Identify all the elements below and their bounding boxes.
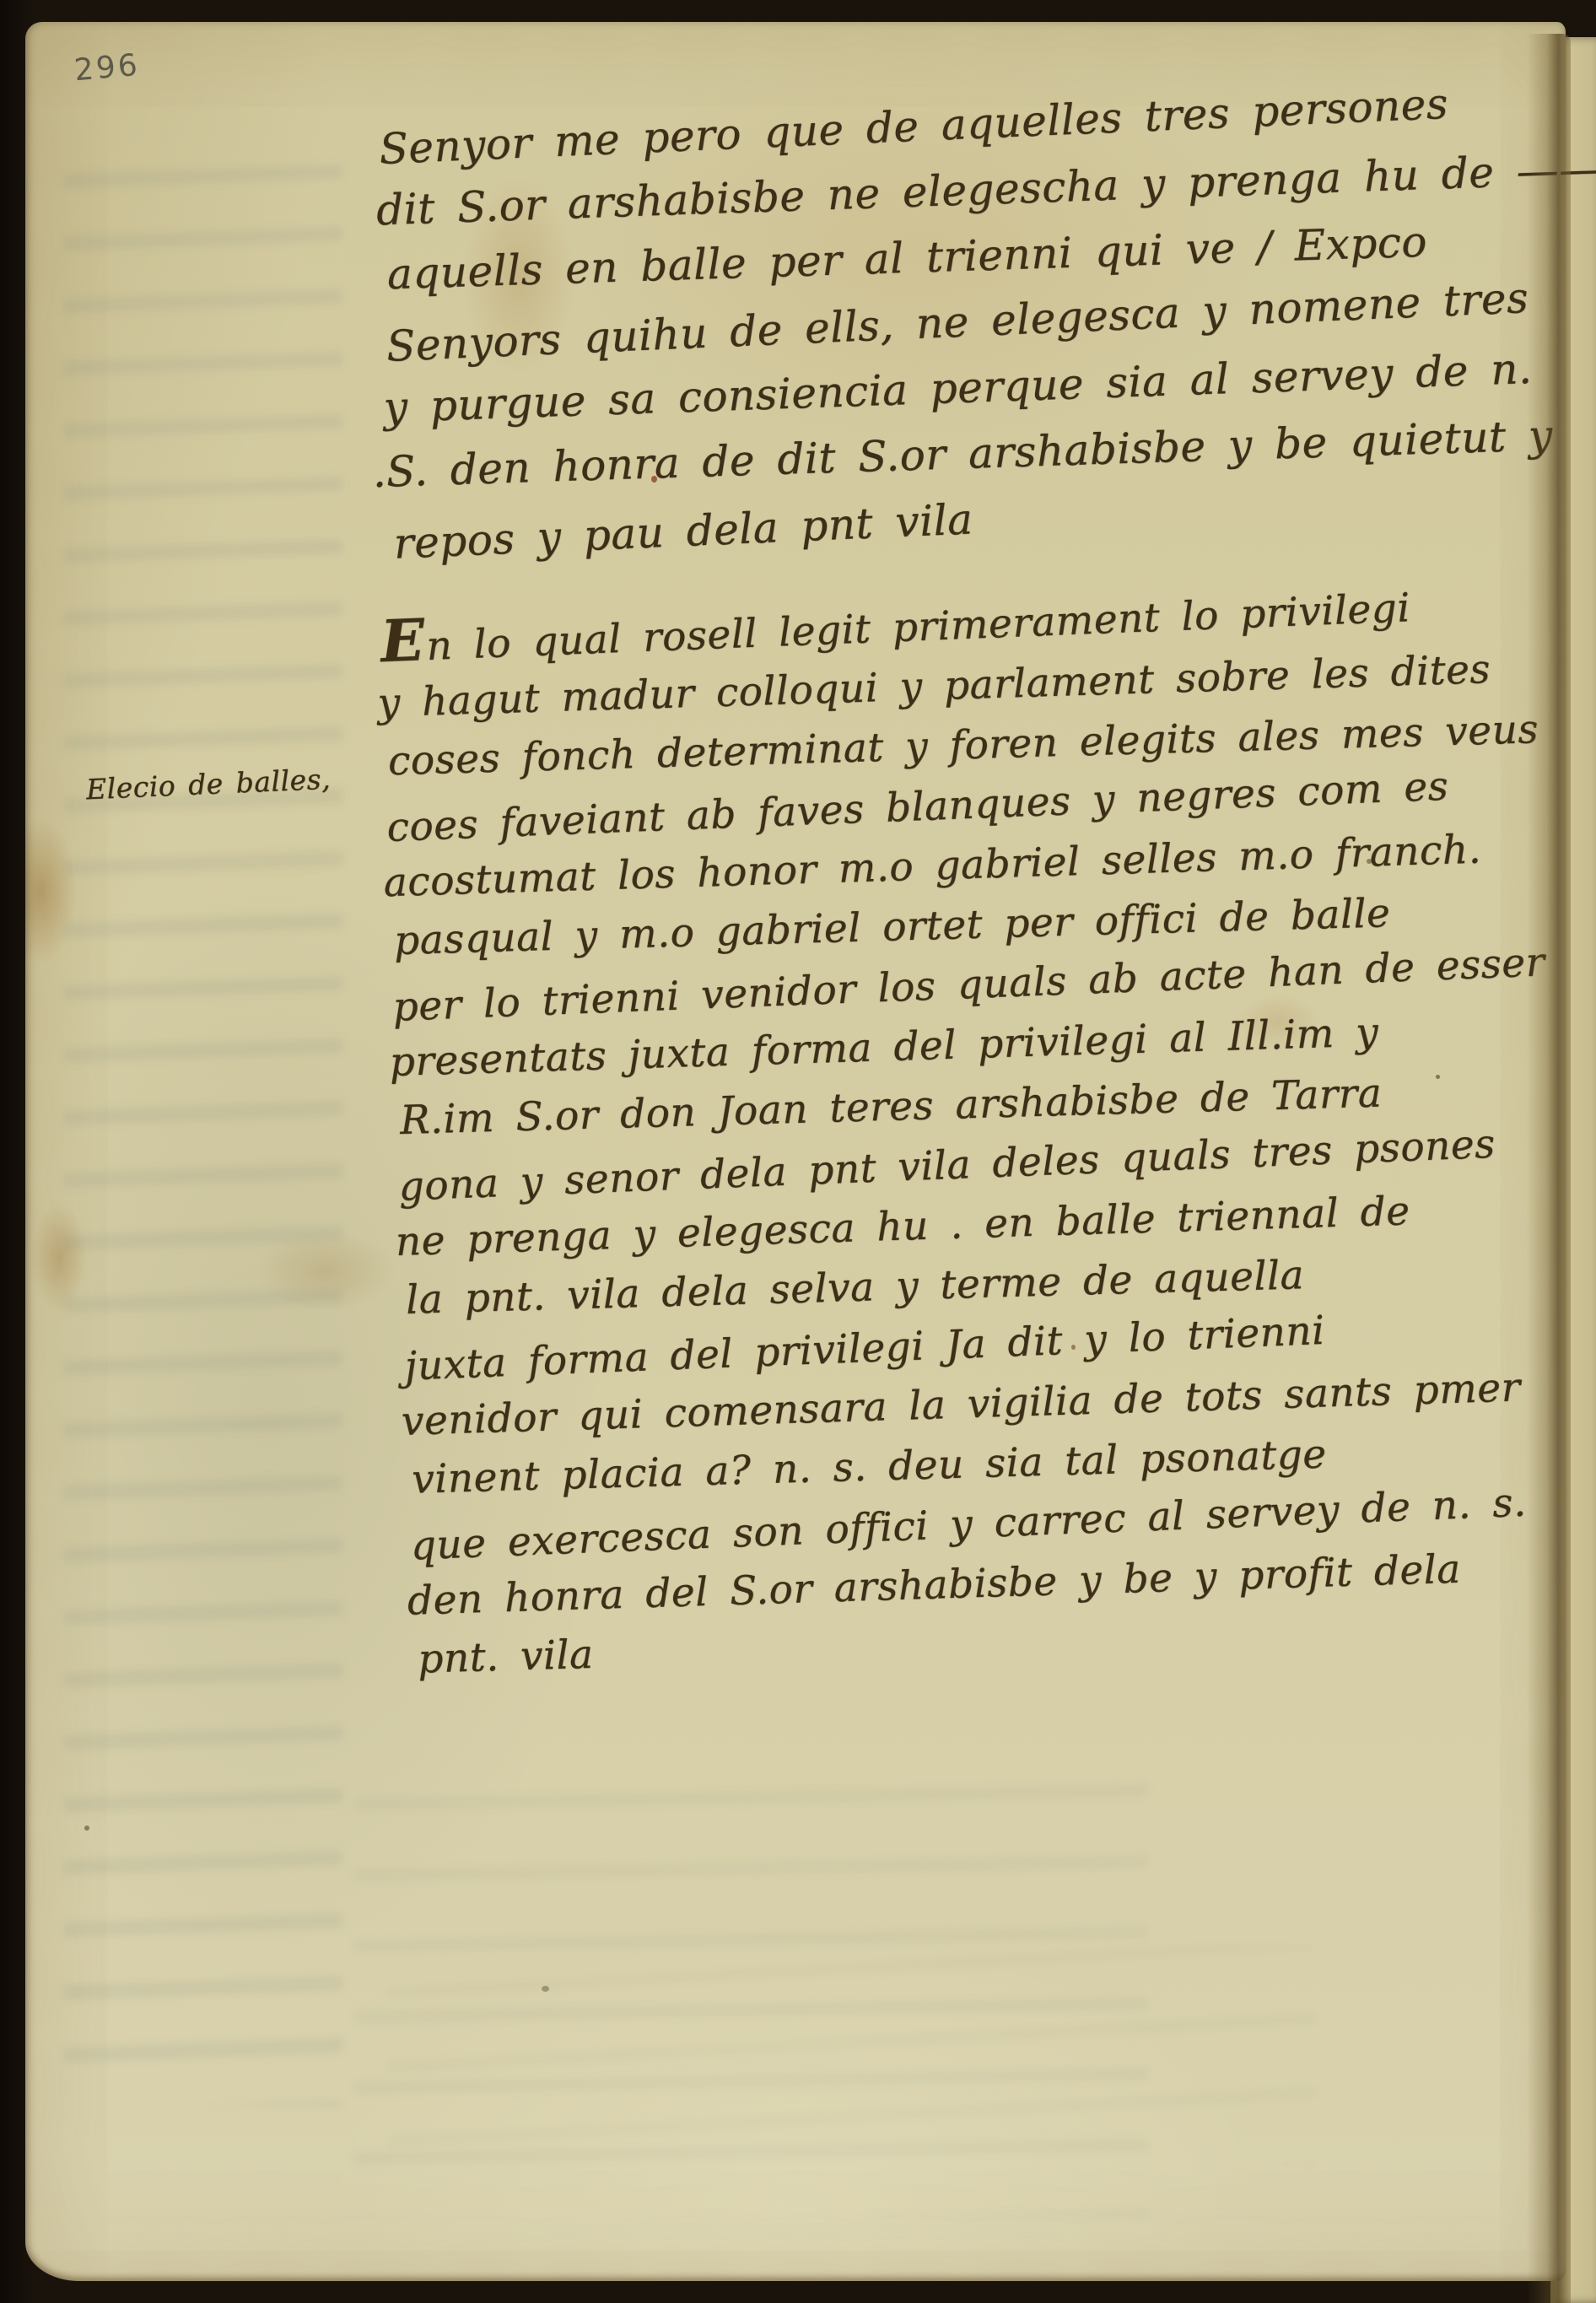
show-through-text (388, 1945, 1316, 2165)
show-through-text (354, 1760, 1147, 2215)
scanned-manuscript-view: 296 Elecio de balles, Senyor me pero que… (0, 0, 1596, 2303)
manuscript-paragraph-2: En lo qual rosell legit primerament lo p… (380, 571, 1562, 1692)
folio-number: 296 (73, 48, 141, 89)
page-fold-edge (1527, 34, 1571, 2303)
manuscript-page: 296 Elecio de balles, Senyor me pero que… (25, 22, 1566, 2281)
margin-note: Elecio de balles, (85, 763, 332, 807)
manuscript-paragraph-1: Senyor me pero que de aquelles tres pers… (378, 72, 1516, 573)
ink-speck (542, 1986, 549, 1992)
ink-speck (84, 1826, 89, 1831)
show-through-text (64, 140, 342, 2106)
